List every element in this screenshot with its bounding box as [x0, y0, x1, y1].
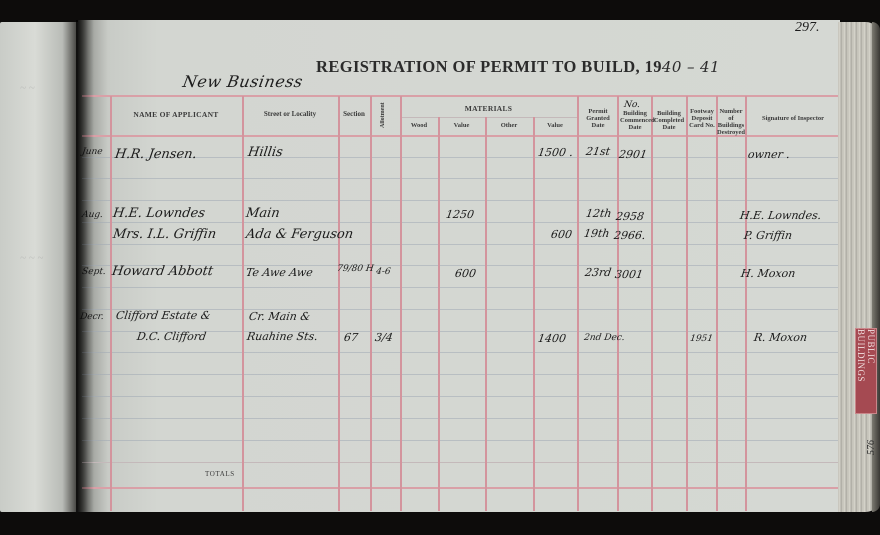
entry-allotment: 3/4: [374, 331, 394, 344]
header-building-completed: Building Completed Date: [653, 110, 685, 131]
bleed-through-text: ~ ~: [20, 82, 35, 94]
rule-totals: [82, 487, 838, 489]
entry-permit-date: 21st: [585, 145, 611, 158]
rule: [82, 374, 838, 375]
entry-permit-date: 19th: [583, 227, 610, 240]
header-signature: Signature of Inspector: [748, 115, 838, 122]
entry-value: 1400: [537, 332, 567, 345]
entry-inspector: P. Griffin: [743, 229, 793, 242]
entry-street: Te Awe Awe: [245, 266, 314, 279]
entry-applicant: Mrs. I.L. Griffin: [112, 227, 217, 242]
bleed-through-text: ~ ~ ~: [20, 252, 43, 264]
entry-street: Cr. Main &: [248, 310, 311, 323]
entry-permit-date: 12th: [585, 207, 612, 220]
entry-permit-date: 23rd: [584, 266, 612, 279]
col-rule: [485, 117, 487, 511]
entry-street: Hillis: [247, 145, 284, 160]
col-rule: [338, 96, 340, 511]
entry-inspector: owner .: [747, 148, 791, 161]
page-title: REGISTRATION OF PERMIT TO BUILD, 1940 – …: [316, 57, 720, 77]
entry-section: 67: [343, 331, 359, 344]
rule: [82, 352, 838, 353]
entry-street: Main: [245, 206, 281, 221]
header-section: Section: [338, 111, 370, 118]
entry-inspector: R. Moxon: [753, 331, 808, 344]
header-materials: MATERIALS: [400, 105, 577, 112]
col-rule: [242, 96, 244, 511]
entry-permit-no: 2966.: [613, 229, 646, 242]
header-other: Other: [485, 122, 533, 129]
spine-shadow: [76, 20, 94, 512]
col-rule: [651, 96, 653, 511]
rule-top: [82, 95, 838, 97]
entry-inspector: H. Moxon: [740, 267, 796, 280]
entry-inspector: H.E. Lowndes.: [739, 209, 822, 222]
header-annotation: No.: [623, 100, 640, 110]
section-tab[interactable]: PUBLIC BUILDINGS: [855, 328, 877, 414]
rule: [82, 462, 838, 463]
header-name: NAME OF APPLICANT: [110, 111, 242, 118]
rule: [82, 178, 838, 179]
entry-wood-value: 600: [454, 267, 477, 280]
entry-value: 600: [550, 228, 573, 241]
entry-applicant: Clifford Estate &: [115, 309, 211, 322]
col-rule: [716, 96, 718, 511]
totals-label: TOTALS: [205, 470, 235, 478]
entry-applicant: H.R. Jensen.: [114, 147, 198, 162]
col-rule: [370, 96, 372, 511]
header-footway: Footway Deposit Card No.: [688, 108, 716, 129]
page-edges: [838, 22, 880, 512]
title-year: 40 – 41: [662, 58, 720, 76]
entry-allotment: 4-6: [375, 267, 391, 277]
col-rule: [577, 96, 579, 511]
header-wood-value: Value: [438, 122, 485, 129]
col-rule: [686, 96, 688, 511]
entry-permit-date: 2nd Dec.: [583, 333, 625, 343]
rule: [82, 440, 838, 441]
col-rule: [110, 96, 112, 511]
col-rule: [438, 117, 440, 511]
entry-section: 79/80 H: [336, 264, 374, 274]
col-rule: [400, 96, 402, 511]
rule-materials: [400, 117, 578, 118]
entry-street-line2: Ruahine Sts.: [246, 330, 319, 343]
header-buildings-destroyed: Number of Buildings Destroyed: [717, 108, 745, 136]
entry-value: 1500 .: [537, 146, 574, 159]
entry-permit-no: 2901: [618, 148, 648, 161]
header-street: Street or Locality: [242, 111, 338, 118]
side-note: 576: [866, 440, 877, 455]
page-number: 297.: [795, 20, 820, 36]
col-rule: [745, 96, 747, 511]
col-rule: [533, 117, 535, 511]
left-page: ~ ~ ~ ~ ~: [0, 22, 78, 512]
entry-applicant: Howard Abbott: [111, 264, 214, 279]
entry-applicant: H.E. Lowndes: [112, 206, 206, 221]
rule: [82, 222, 838, 223]
entry-permit-no: 2958: [615, 210, 645, 223]
rule: [82, 418, 838, 419]
entry-permit-no: 3001: [614, 268, 644, 281]
header-wood: Wood: [400, 122, 438, 129]
rule: [82, 200, 838, 201]
entry-wood-value: 1250: [445, 208, 475, 221]
header-building-commenced: Building Commenced Date: [620, 110, 650, 131]
rule: [82, 244, 838, 245]
header-other-value: Value: [533, 122, 577, 129]
rule: [82, 287, 838, 288]
entry-footway: 1951: [689, 334, 713, 344]
entry-applicant-line2: D.C. Clifford: [136, 330, 207, 343]
rule: [82, 396, 838, 397]
entry-street: Ada & Ferguson: [245, 227, 354, 242]
header-permit-granted: Permit Granted Date: [581, 108, 615, 129]
handwritten-subtitle: New Business: [181, 72, 304, 91]
header-allotment: Allotment: [380, 98, 387, 132]
